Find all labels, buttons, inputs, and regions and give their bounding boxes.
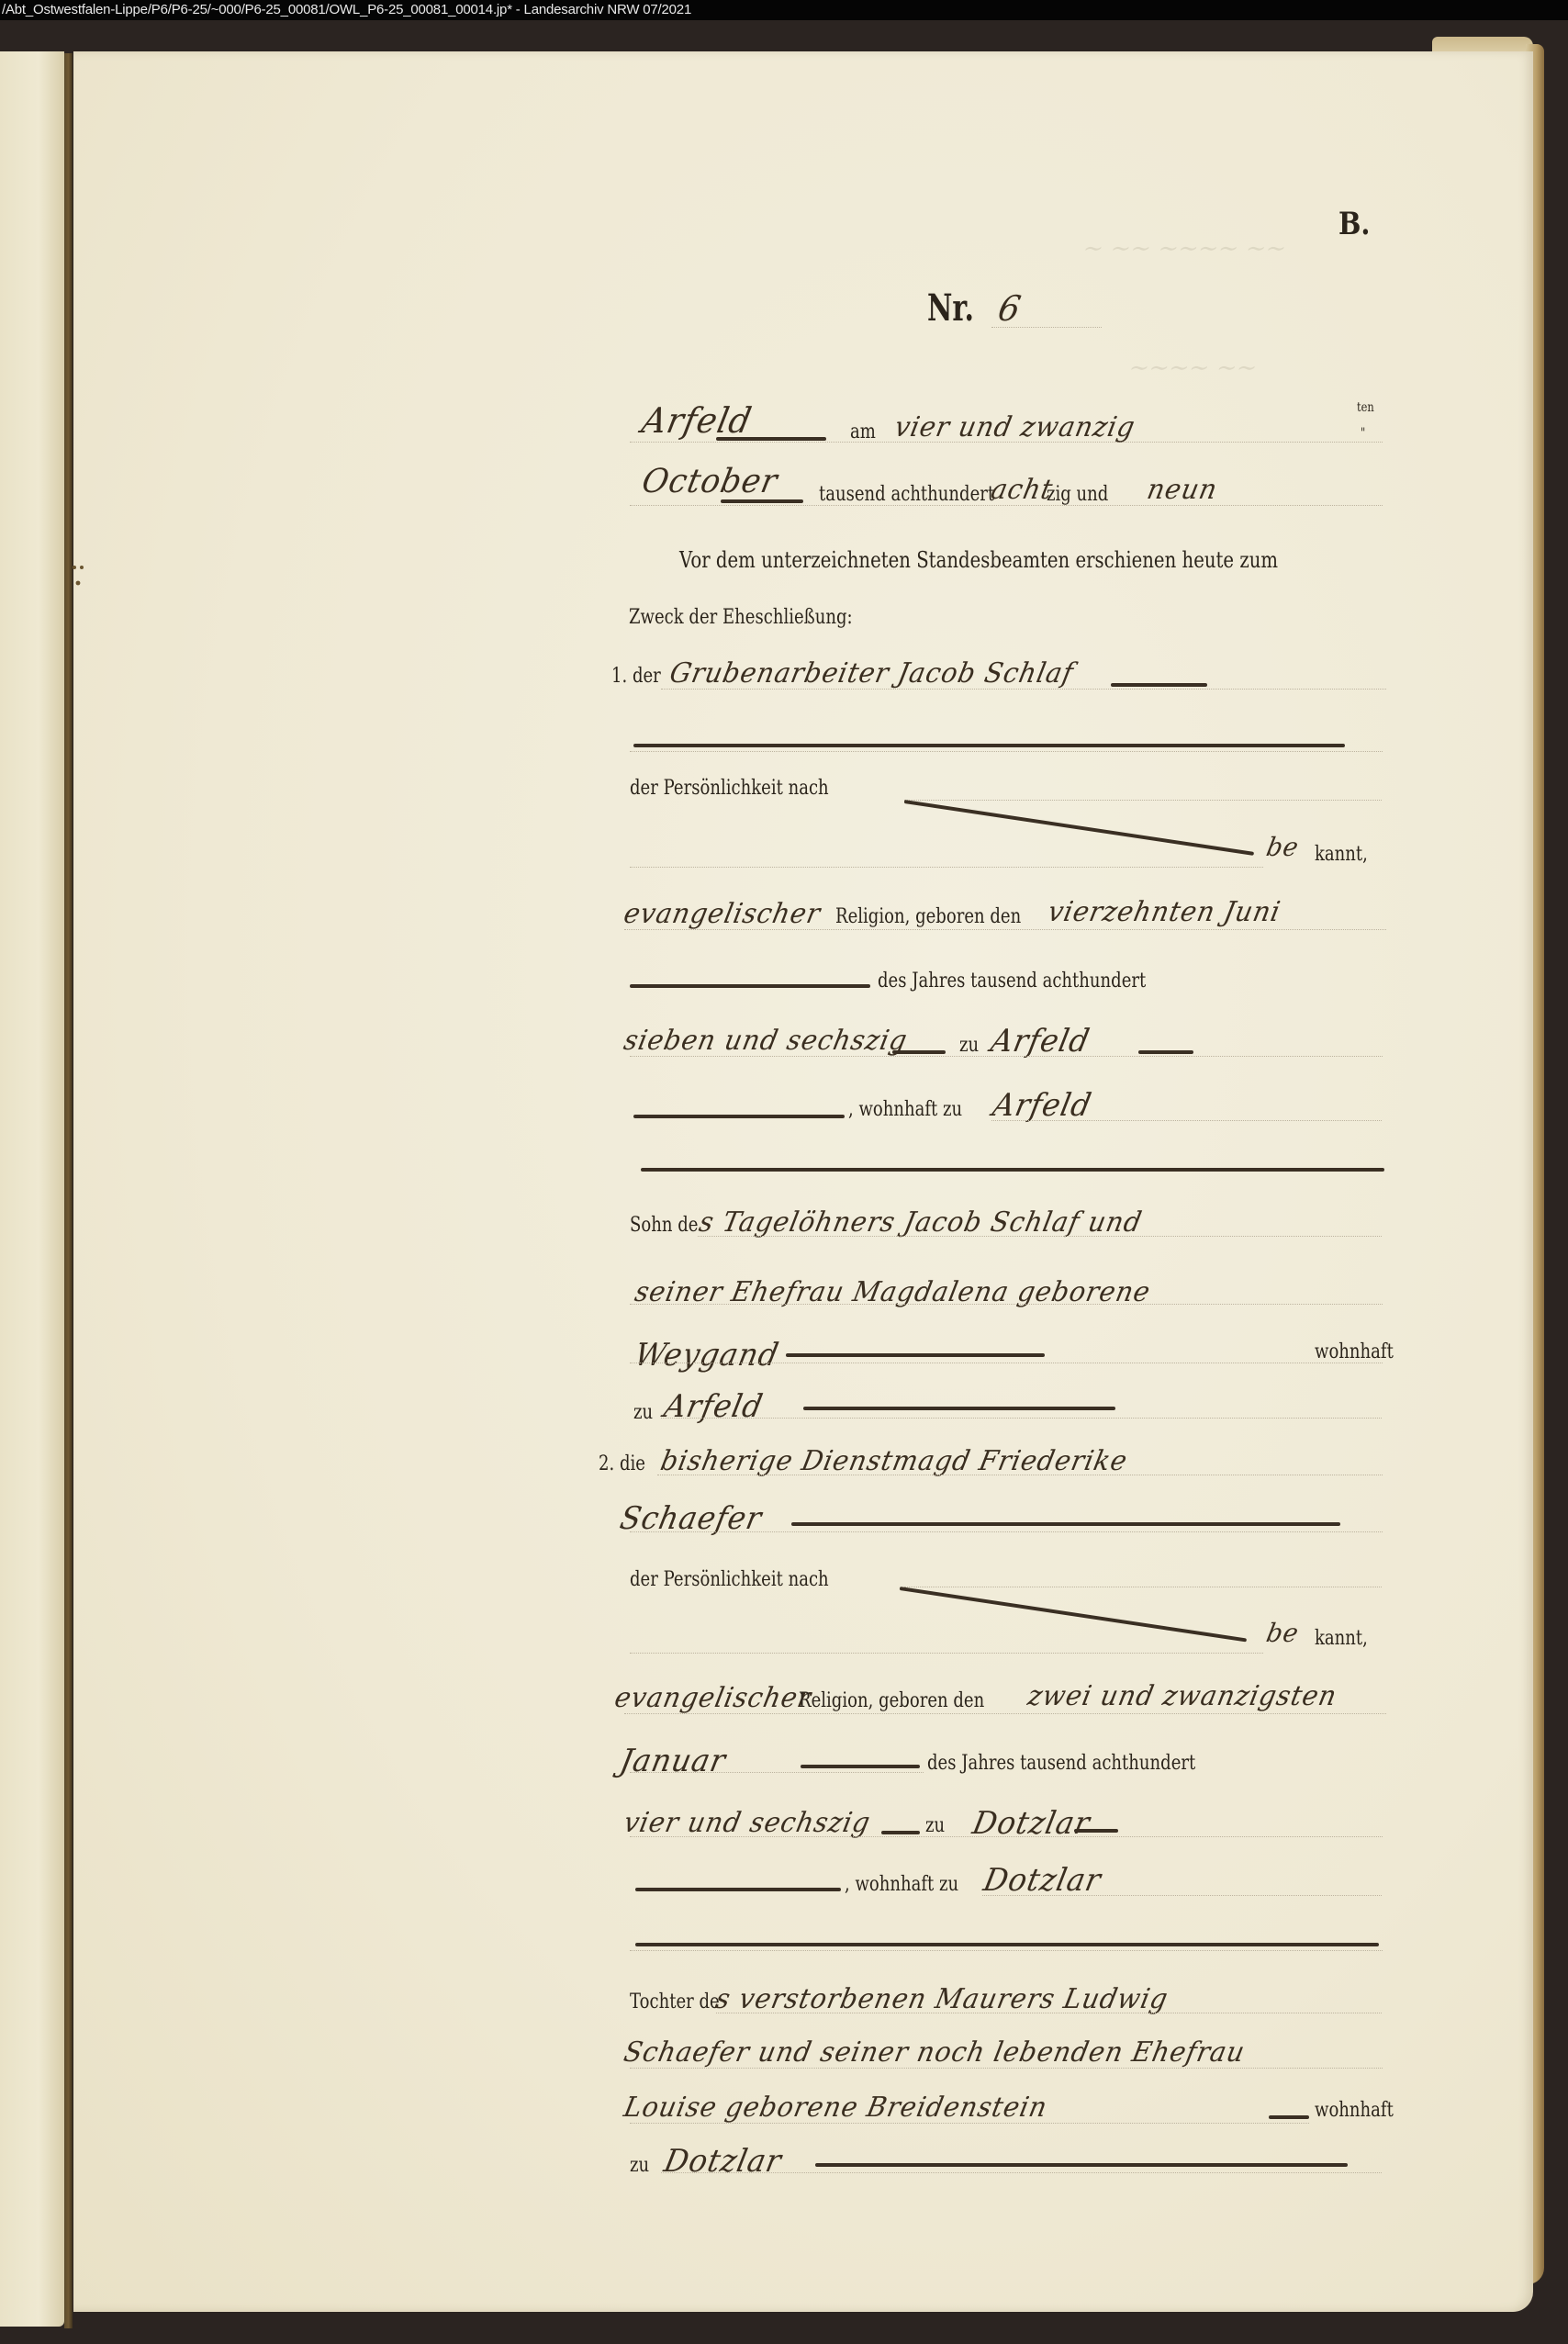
dotted-line <box>624 929 1386 930</box>
ink-line <box>630 984 870 988</box>
dotted-line <box>630 1304 1383 1305</box>
left-page-edge <box>0 51 64 2327</box>
dotted-line <box>630 1653 1263 1654</box>
groom-be: be <box>1264 832 1302 862</box>
dotted-line <box>630 2123 1309 2124</box>
bride-wohnhaft-label: , wohnhaft zu <box>845 1873 958 1896</box>
ink-line <box>1111 683 1207 687</box>
bride-number-label: 2. die <box>599 1452 645 1475</box>
ink-line <box>803 1407 1115 1410</box>
groom-zu-label: zu <box>959 1034 979 1057</box>
bride-birth-year: vier und sechszig <box>621 1807 873 1839</box>
bride-birth-month: Januar <box>617 1743 729 1779</box>
entry-number-value: 6 <box>995 288 1025 329</box>
groom-birth-year: sieben und sechszig <box>621 1025 910 1057</box>
bride-birth-day: zwei und zwanzigsten <box>1025 1680 1339 1712</box>
groom-sohn-label: Sohn de <box>630 1214 698 1237</box>
ink-line <box>641 1168 1384 1172</box>
ink-line <box>786 1353 1045 1357</box>
dotted-line <box>630 1056 1383 1057</box>
groom-parents-residence: Arfeld <box>661 1388 767 1425</box>
bride-religion-label: Religion, geboren den <box>799 1689 984 1712</box>
dotted-line <box>624 1713 1386 1714</box>
intro-line-2: Zweck der Eheschließung: <box>629 606 853 629</box>
dotted-line <box>661 1418 1382 1419</box>
bleed-through-text: ~~~~ ~~ <box>1126 354 1260 382</box>
ink-line <box>721 499 803 503</box>
ink-line <box>635 1943 1379 1946</box>
bleed-through-text: ~ ~~ ~~~~ ~~ <box>1080 235 1290 263</box>
header-place: Arfeld <box>639 400 756 441</box>
header-year-unit: neun <box>1144 474 1220 506</box>
register-page: ~ ~~ ~~~~ ~~ ~~~~ ~~ B. Nr. 6 Arfeld am … <box>73 51 1533 2312</box>
groom-parents-line-3: Weygand <box>632 1337 782 1374</box>
dotted-line <box>630 1836 1383 1837</box>
groom-number-label: 1. der <box>611 665 661 688</box>
day-suffix: ten <box>1357 400 1374 415</box>
ink-line <box>1138 1050 1193 1054</box>
dotted-line <box>630 1772 924 1773</box>
dotted-line <box>661 689 1386 690</box>
bride-persoenlichkeit-label: der Persönlichkeit nach <box>630 1568 829 1591</box>
dotted-line <box>630 1363 1383 1363</box>
ink-line <box>892 1050 946 1054</box>
strike-line <box>900 1587 1247 1642</box>
dotted-line <box>657 1475 1383 1475</box>
groom-parents-zu-label: zu <box>633 1401 653 1424</box>
bride-zu-label: zu <box>925 1814 945 1837</box>
dotted-line <box>630 751 1383 752</box>
bride-be: be <box>1264 1618 1302 1648</box>
ink-line <box>1074 1829 1118 1833</box>
ink-line <box>791 1522 1340 1526</box>
bride-des-jahres-label: des Jahres tausend achthundert <box>927 1752 1195 1775</box>
header-month: October <box>639 463 781 500</box>
window-title-bar: /Abt_Ostwestfalen-Lippe/P6/P6-25/~000/P6… <box>0 0 1568 20</box>
bride-parents-line-3: Louise geborene Breidenstein <box>621 2092 1049 2124</box>
dotted-line <box>991 1120 1382 1121</box>
dotted-line <box>716 2013 1382 2013</box>
ink-line <box>635 1888 841 1891</box>
dotted-line <box>630 1531 1383 1532</box>
margin-mark <box>72 558 84 595</box>
dotted-line <box>991 327 1102 328</box>
bride-kannt-label: kannt, <box>1315 1627 1368 1650</box>
groom-kannt-label: kannt, <box>1315 843 1368 866</box>
book-gutter <box>64 53 73 2328</box>
bride-parents-residence: Dotzlar <box>661 2143 785 2180</box>
bride-parents-line-1: s verstorbenen Maurers Ludwig <box>712 1983 1170 2015</box>
section-letter: B. <box>1338 206 1370 242</box>
groom-residence: Arfeld <box>990 1087 1095 1124</box>
groom-religion: evangelischer <box>621 898 823 930</box>
groom-religion-label: Religion, geboren den <box>835 905 1021 928</box>
bride-tochter-label: Tochter de <box>630 1991 720 2013</box>
entry-number-label: Nr. <box>927 286 974 330</box>
dotted-line <box>904 800 1382 801</box>
intro-line-1: Vor dem unterzeichneten Standesbeamten e… <box>679 547 1278 573</box>
ink-line <box>633 744 1345 747</box>
dotted-line <box>630 1950 1383 1951</box>
bride-residence: Dotzlar <box>980 1862 1104 1899</box>
bride-parents-line-2: Schaefer und seiner noch lebenden Ehefra… <box>621 2036 1248 2069</box>
groom-des-jahres-label: des Jahres tausend achthundert <box>878 970 1146 993</box>
groom-persoenlichkeit-label: der Persönlichkeit nach <box>630 777 829 800</box>
dotted-line <box>661 2172 1382 2173</box>
ink-line <box>815 2163 1348 2167</box>
strike-line <box>904 800 1254 856</box>
ditto-mark: " <box>1361 426 1365 441</box>
dotted-line <box>698 1236 1382 1237</box>
groom-occupation-name: Grubenarbeiter Jacob Schlaf <box>666 657 1076 690</box>
ink-line <box>801 1765 920 1768</box>
header-day: vier und zwanzig <box>891 411 1137 443</box>
dotted-line <box>630 867 1263 868</box>
ink-line <box>633 1115 845 1118</box>
bride-occupation-name-line-1: bisherige Dienstmagd Friederike <box>657 1445 1130 1477</box>
groom-parents-wohnhaft-label: wohnhaft <box>1315 1340 1394 1363</box>
bride-religion: evangelischer <box>611 1682 814 1714</box>
bride-parents-zu-label: zu <box>630 2154 649 2177</box>
dotted-line <box>630 2068 1383 2069</box>
zig-und-label: zig und <box>1047 483 1108 506</box>
ink-line <box>881 1831 920 1834</box>
dotted-line <box>982 1895 1382 1896</box>
groom-birth-day-month: vierzehnten Juni <box>1045 896 1283 928</box>
ink-line <box>1269 2115 1309 2119</box>
year-label: tausend achthundert <box>819 483 994 506</box>
dotted-line <box>904 1587 1382 1587</box>
groom-birth-place: Arfeld <box>988 1023 1093 1060</box>
window-title: /Abt_Ostwestfalen-Lippe/P6/P6-25/~000/P6… <box>2 2 691 17</box>
bride-parents-wohnhaft-label: wohnhaft <box>1315 2099 1394 2122</box>
groom-parents-line-1: s Tagelöhners Jacob Schlaf und <box>696 1206 1145 1239</box>
groom-wohnhaft-label: , wohnhaft zu <box>848 1098 962 1121</box>
ink-line <box>716 437 826 441</box>
am-label: am <box>850 421 876 443</box>
